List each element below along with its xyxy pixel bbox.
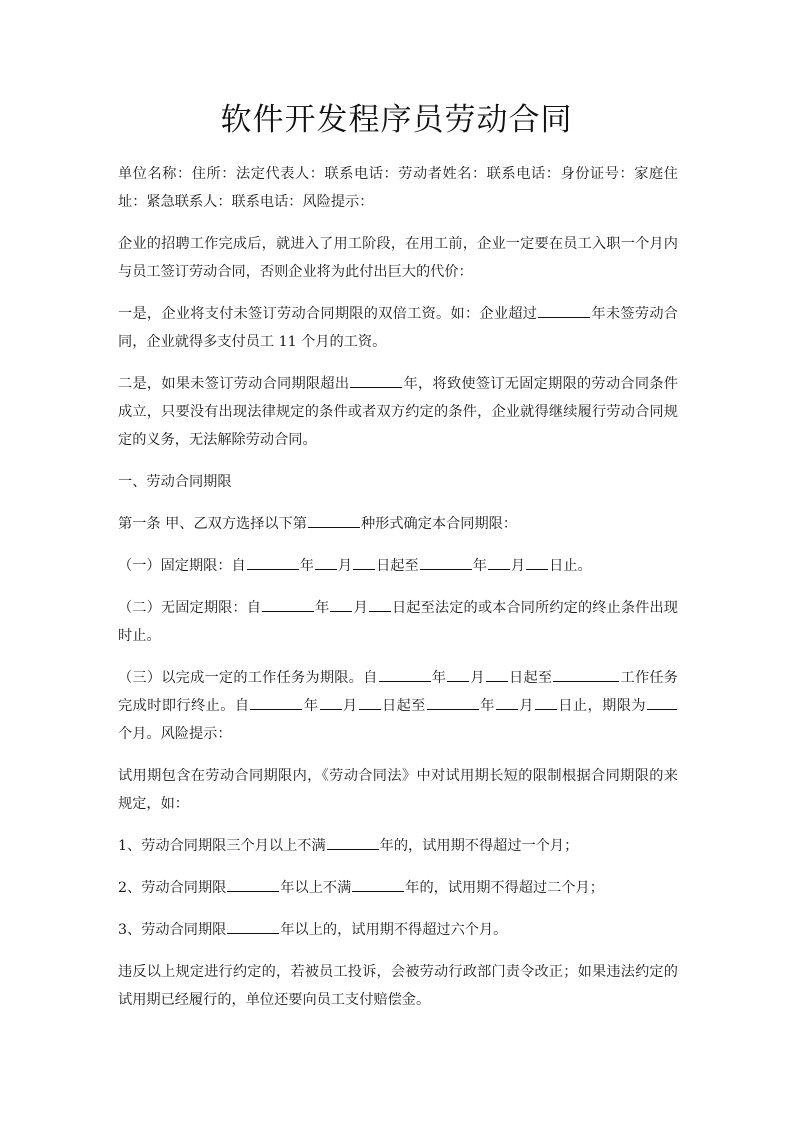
fill-blank[interactable] bbox=[526, 568, 548, 570]
fill-blank[interactable] bbox=[320, 708, 342, 710]
option-open-ended: （二）无固定期限：自年月日起至法定的或本合同所约定的终止条件出现时止。 bbox=[118, 594, 678, 650]
fill-blank[interactable] bbox=[538, 316, 590, 318]
text-segment: 年 bbox=[473, 558, 487, 574]
fill-blank[interactable] bbox=[369, 610, 391, 612]
option-fixed-term: （一）固定期限：自年月日起至年月日止。 bbox=[118, 552, 678, 580]
fill-blank[interactable] bbox=[420, 568, 472, 570]
rule-two: 2、劳动合同期限年以上不满年的，试用期不得超过二个月； bbox=[118, 874, 678, 902]
fill-blank[interactable] bbox=[330, 610, 352, 612]
text-segment: 年 bbox=[480, 698, 495, 714]
fill-blank[interactable] bbox=[379, 680, 431, 682]
text-segment: 月 bbox=[511, 558, 525, 574]
paragraph-recruitment: 企业的招聘工作完成后，就进入了用工阶段，在用工前，企业一定要在员工入职一个月内与… bbox=[118, 230, 678, 286]
paragraph-risk-one: 一是，企业将支付未签订劳动合同期限的双倍工资。如：企业超过年未签劳动合同，企业就… bbox=[118, 300, 678, 356]
text-segment: 年以上不满 bbox=[280, 880, 351, 896]
fill-blank[interactable] bbox=[447, 680, 469, 682]
text-segment: 年的，试用期不得超过一个月； bbox=[380, 838, 579, 854]
text-segment: 3、劳动合同期限 bbox=[118, 922, 226, 938]
text-segment: 二是，如果未签订劳动合同期限超出 bbox=[118, 376, 349, 392]
fill-blank[interactable] bbox=[262, 610, 314, 612]
fill-blank[interactable] bbox=[352, 890, 404, 892]
text-segment: 年 bbox=[303, 698, 318, 714]
text-segment: 年的，试用期不得超过二个月； bbox=[405, 880, 604, 896]
paragraph-risk-two: 二是，如果未签订劳动合同期限超出年，将致使签订无固定期限的劳动合同条件成立，只要… bbox=[118, 370, 678, 454]
fill-blank[interactable] bbox=[535, 708, 557, 710]
text-segment: 日起至 bbox=[509, 670, 552, 686]
text-segment: 年 bbox=[300, 558, 314, 574]
text-segment: 月 bbox=[470, 670, 485, 686]
paragraph-probation: 试用期包含在劳动合同期限内，《劳动合同法》中对试用期长短的限制根据合同期限的来规… bbox=[118, 762, 678, 818]
rule-one: 1、劳动合同期限三个月以上不满年的，试用期不得超过一个月； bbox=[118, 832, 678, 860]
fill-blank[interactable] bbox=[553, 680, 619, 682]
fill-blank[interactable] bbox=[250, 708, 302, 710]
text-segment: 日止，期限为 bbox=[558, 698, 646, 714]
fill-blank[interactable] bbox=[315, 568, 337, 570]
document-page: 软件开发程序员劳动合同 单位名称：住所：法定代表人：联系电话：劳动者姓名：联系电… bbox=[0, 0, 793, 1122]
fill-blank[interactable] bbox=[647, 708, 677, 710]
text-segment: （一）固定期限：自 bbox=[118, 558, 246, 574]
text-segment: 一是，企业将支付未签订劳动合同期限的双倍工资。如：企业超过 bbox=[118, 306, 537, 322]
text-segment: 日止。 bbox=[549, 558, 592, 574]
fill-blank[interactable] bbox=[227, 932, 279, 934]
text-segment: 2、劳动合同期限 bbox=[118, 880, 226, 896]
text-segment: 第一条 甲、乙双方选择以下第 bbox=[118, 516, 307, 532]
intro-paragraph: 单位名称：住所：法定代表人：联系电话：劳动者姓名：联系电话：身份证号：家庭住址：… bbox=[118, 160, 678, 216]
text-segment: 1、劳动合同期限三个月以上不满 bbox=[118, 838, 326, 854]
article-one: 第一条 甲、乙双方选择以下第种形式确定本合同期限： bbox=[118, 510, 678, 538]
document-title: 软件开发程序员劳动合同 bbox=[0, 94, 793, 139]
text-segment: （二）无固定期限：自 bbox=[118, 600, 261, 616]
fill-blank[interactable] bbox=[247, 568, 299, 570]
fill-blank[interactable] bbox=[427, 708, 479, 710]
rule-three: 3、劳动合同期限年以上的，试用期不得超过六个月。 bbox=[118, 916, 678, 944]
section-heading: 一、劳动合同期限 bbox=[118, 468, 678, 496]
fill-blank[interactable] bbox=[359, 708, 381, 710]
text-segment: 月 bbox=[338, 558, 352, 574]
text-segment: 日起至 bbox=[382, 698, 426, 714]
document-body: 单位名称：住所：法定代表人：联系电话：劳动者姓名：联系电话：身份证号：家庭住址：… bbox=[118, 160, 678, 1028]
text-segment: 年 bbox=[432, 670, 447, 686]
option-task-based: （三）以完成一定的工作任务为期限。自年月日起至工作任务完成时即行终止。自年月日起… bbox=[118, 664, 678, 748]
fill-blank[interactable] bbox=[353, 568, 375, 570]
fill-blank[interactable] bbox=[496, 708, 518, 710]
text-segment: 年 bbox=[315, 600, 329, 616]
text-segment: 个月。风险提示： bbox=[118, 726, 232, 742]
text-segment: 月 bbox=[353, 600, 367, 616]
text-segment: （三）以完成一定的工作任务为期限。自 bbox=[118, 670, 378, 686]
fill-blank[interactable] bbox=[308, 526, 360, 528]
text-segment: 月 bbox=[519, 698, 534, 714]
fill-blank[interactable] bbox=[350, 386, 402, 388]
fill-blank[interactable] bbox=[327, 848, 379, 850]
text-segment: 年以上的，试用期不得超过六个月。 bbox=[280, 922, 507, 938]
text-segment: 月 bbox=[343, 698, 358, 714]
text-segment: 种形式确定本合同期限： bbox=[361, 516, 517, 532]
text-segment: 日起至 bbox=[376, 558, 419, 574]
fill-blank[interactable] bbox=[488, 568, 510, 570]
fill-blank[interactable] bbox=[227, 890, 279, 892]
paragraph-violation: 违反以上规定进行约定的，若被员工投诉，会被劳动行政部门责令改正；如果违法约定的试… bbox=[118, 958, 678, 1014]
fill-blank[interactable] bbox=[486, 680, 508, 682]
